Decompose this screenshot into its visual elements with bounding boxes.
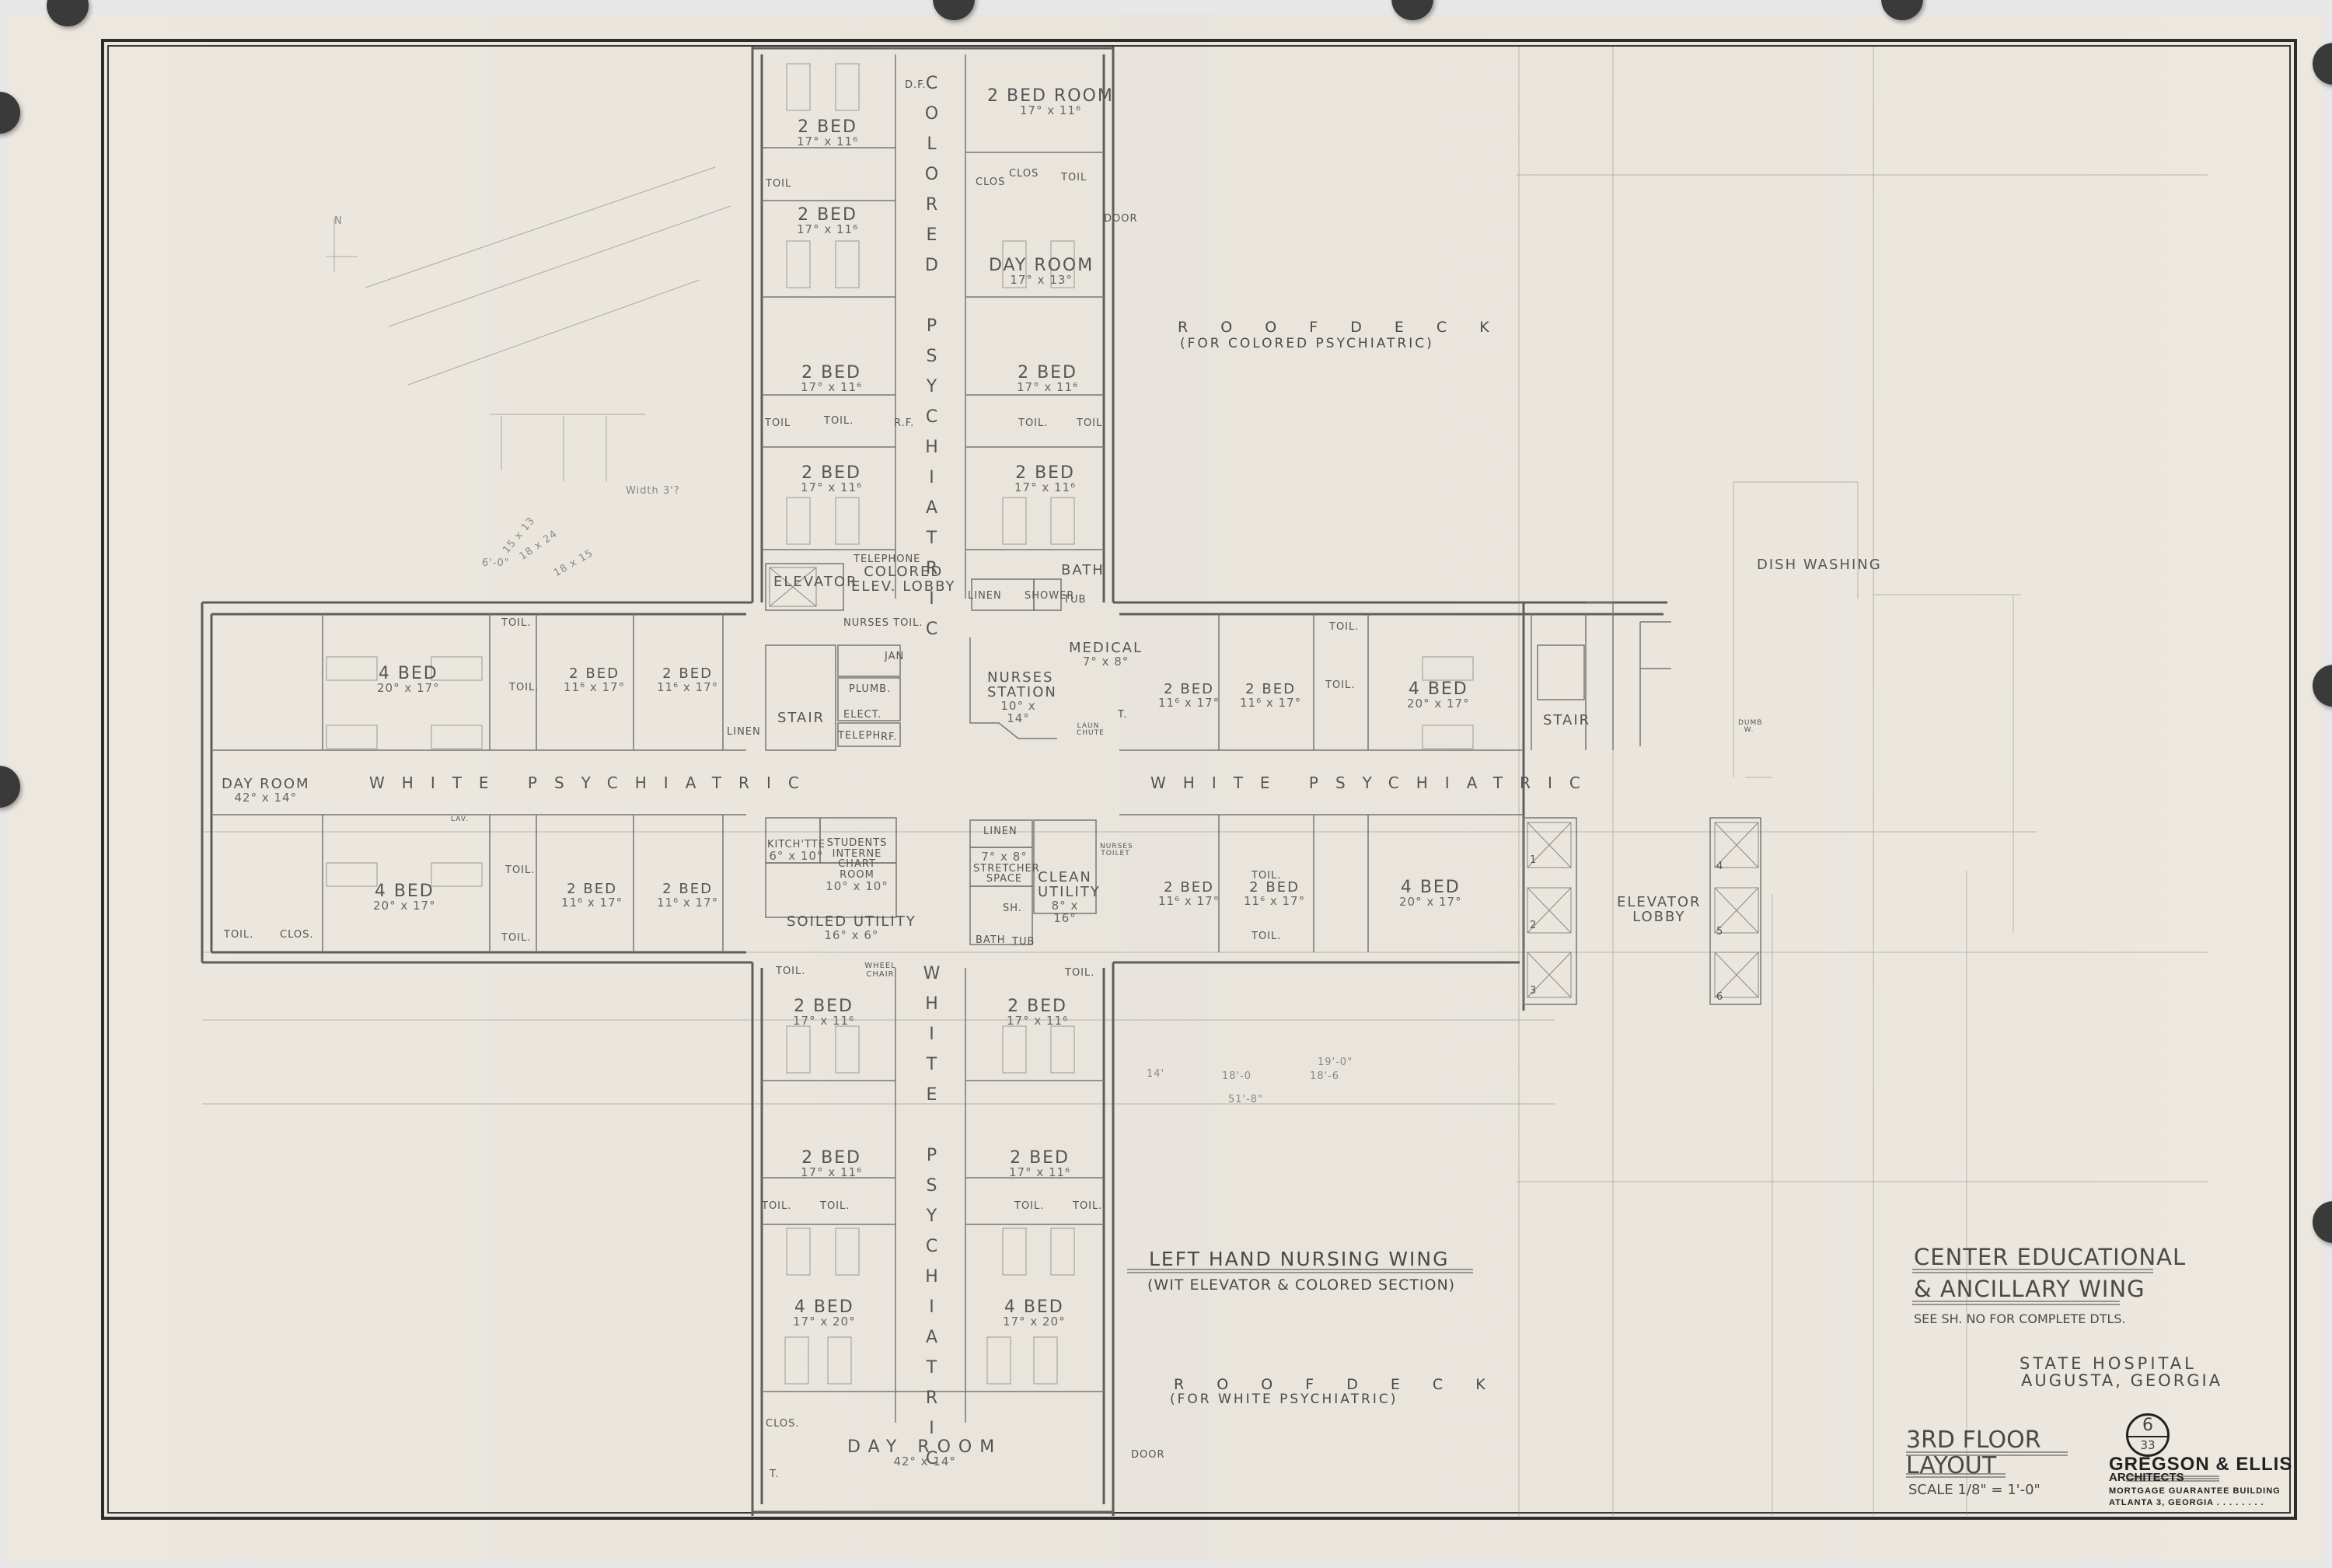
label-stretcher-space: 7° x 8°STRETCHER SPACE bbox=[973, 851, 1035, 885]
label-toilet: TOIL. bbox=[1065, 968, 1094, 979]
room-label: 2 BED17° x 11⁶ bbox=[1017, 364, 1078, 394]
label-rf: RF. bbox=[881, 732, 898, 743]
label-toilet: TOIL. bbox=[1014, 1201, 1044, 1212]
dimension: 19'-0" bbox=[1318, 1057, 1353, 1068]
sheet-title-floor: 3RD FLOOR bbox=[1906, 1427, 2041, 1454]
elevator-number: 5 bbox=[1716, 927, 1723, 938]
label-dumb-waiter: DUMB W. bbox=[1738, 720, 1760, 735]
label-chart-room: STUDENTS INTERNE CHART ROOM10° x 10° bbox=[824, 838, 890, 892]
label-toilet: T. bbox=[770, 1469, 780, 1480]
room-label: 2 BED11⁶ x 17° bbox=[1240, 683, 1301, 710]
room-label-day-room: DAY ROOM42° x 14° bbox=[847, 1438, 1002, 1468]
label-toilet: TOIL. bbox=[501, 618, 531, 629]
architect-address-1: MORTGAGE GUARANTEE BUILDING bbox=[2109, 1486, 2281, 1496]
room-label: 4 BED17° x 20° bbox=[1003, 1298, 1066, 1329]
dimension: 51'-8" bbox=[1228, 1095, 1263, 1105]
room-label: 2 BED17° x 11⁶ bbox=[1007, 997, 1068, 1028]
label-bath: BATH bbox=[976, 935, 1006, 946]
room-label: 2 BED ROOM17° x 11⁶ bbox=[987, 87, 1114, 117]
room-label: 4 BED20° x 17° bbox=[377, 665, 440, 695]
label-stair: STAIR bbox=[1543, 714, 1590, 728]
label-toilet: T. bbox=[1118, 710, 1128, 721]
label-toilet: TOIL. bbox=[1252, 871, 1281, 882]
label-dish-washing: DISH WASHING bbox=[1757, 558, 1882, 573]
elevator-number: 6 bbox=[1716, 992, 1723, 1003]
room-label: 2 BED11⁶ x 17° bbox=[657, 667, 718, 694]
label-toilet: TOIL. bbox=[224, 930, 253, 941]
label-elevator-lobby: ELEVATORLOBBY bbox=[1617, 896, 1702, 925]
label-linen: LINEN bbox=[727, 727, 761, 738]
label-plumbing: PLUMB. bbox=[849, 684, 891, 695]
label-closet: CLOS. bbox=[280, 930, 313, 941]
label-toilet: TOIL bbox=[1077, 418, 1102, 429]
north-arrow-icon: N bbox=[334, 216, 343, 227]
center-wing-reference: SEE SH. NO FOR COMPLETE DTLS. bbox=[1914, 1311, 2126, 1326]
room-label: 2 BED17° x 11⁶ bbox=[797, 206, 858, 236]
label-closet: CLOS bbox=[976, 177, 1005, 188]
roof-deck-note-top-sub: (FOR COLORED PSYCHIATRIC) bbox=[1180, 336, 1434, 351]
label-nurses-toilet: NURSES TOILET bbox=[1100, 843, 1131, 858]
dimension: 18'-6 bbox=[1310, 1071, 1339, 1082]
label-nurses-station: NURSES STATION10° x 14° bbox=[987, 671, 1049, 725]
sheet-number: 6 bbox=[2128, 1416, 2167, 1437]
label-laundry-chute: LAUN CHUTE bbox=[1077, 723, 1100, 738]
sheet-number-badge: 6 33 bbox=[2126, 1413, 2170, 1457]
room-label: DAY ROOM17° x 13° bbox=[989, 257, 1094, 287]
label-toilet: TOIL. bbox=[824, 416, 854, 427]
label-drinking-fountain: D.F. bbox=[905, 80, 927, 91]
label-stair: STAIR bbox=[777, 711, 825, 726]
room-label: 2 BED17° x 11⁶ bbox=[793, 997, 854, 1028]
label-clean-utility: CLEAN UTILITY8° x 16° bbox=[1038, 871, 1092, 924]
label-door: DOOR bbox=[1104, 214, 1138, 225]
label-toilet: TOIL. bbox=[762, 1201, 791, 1212]
elevator-number: 3 bbox=[1530, 986, 1537, 997]
label-tub: TUB bbox=[1063, 595, 1086, 606]
label-door: DOOR bbox=[1131, 1450, 1165, 1461]
center-wing-title: CENTER EDUCATIONAL bbox=[1914, 1244, 2186, 1270]
corridor-label-west: WHITE PSYCHIATRIC bbox=[369, 774, 816, 792]
label-toilet: TOIL. bbox=[505, 865, 535, 876]
label-toilet: TOIL. bbox=[501, 933, 531, 944]
label-toilet: TOIL bbox=[766, 179, 791, 190]
label-toilet: TOIL. bbox=[776, 966, 805, 977]
project-name: STATE HOSPITAL bbox=[2020, 1354, 2197, 1373]
room-label: 4 BED20° x 17° bbox=[1407, 680, 1470, 711]
room-label: 4 BED20° x 17° bbox=[373, 882, 436, 913]
room-label: 2 BED17° x 11⁶ bbox=[1009, 1149, 1070, 1179]
room-label: 2 BED11⁶ x 17° bbox=[561, 882, 623, 910]
architect-role: ARCHITECTS bbox=[2109, 1471, 2184, 1484]
room-label: 2 BED11⁶ x 17° bbox=[657, 882, 718, 910]
corridor-label-east: WHITE PSYCHIATRIC bbox=[1150, 774, 1597, 792]
elevator-number: 1 bbox=[1530, 855, 1537, 866]
room-label: 2 BED17° x 11⁶ bbox=[797, 118, 858, 148]
label-toilet: TOIL. bbox=[1329, 622, 1359, 633]
room-label: 2 BED11⁶ x 17° bbox=[1158, 881, 1220, 908]
room-label: 2 BED17° x 11⁶ bbox=[801, 364, 862, 394]
sketch-dimension: 6'-0" bbox=[482, 558, 510, 569]
sheet-title-layout: LAYOUT bbox=[1906, 1452, 1996, 1479]
corridor-label-south: WHITE PSYCHIATRIC bbox=[922, 964, 941, 1479]
room-label: 4 BED20° x 17° bbox=[1399, 878, 1462, 909]
label-closet: CLOS bbox=[1009, 169, 1039, 180]
elevator-number: 2 bbox=[1530, 920, 1537, 931]
dimension: 14' bbox=[1147, 1069, 1164, 1080]
sheet-total: 33 bbox=[2128, 1437, 2167, 1453]
label-medical: MEDICAL7° x 8° bbox=[1069, 641, 1143, 669]
label-telephone-closet: TELEPH. bbox=[838, 731, 885, 742]
label-toilet: TOIL bbox=[1061, 173, 1087, 183]
roof-deck-note-bottom: R O O F D E C K bbox=[1174, 1376, 1499, 1393]
room-label: 2 BED17° x 11⁶ bbox=[801, 464, 862, 494]
interior-partitions bbox=[211, 54, 1761, 1423]
project-location: AUGUSTA, GEORGIA bbox=[2021, 1371, 2222, 1390]
label-lavatory: LAV. bbox=[451, 816, 469, 823]
sketch-note: Width 3'? bbox=[626, 486, 680, 497]
label-toilet: TOIL. bbox=[1018, 418, 1048, 429]
label-shower: SH. bbox=[1003, 903, 1022, 914]
left-wing-subtitle: (WIT ELEVATOR & COLORED SECTION) bbox=[1147, 1276, 1455, 1294]
architect-address-2: ATLANTA 3, GEORGIA . . . . . . . . bbox=[2109, 1498, 2264, 1507]
label-toilet: TOIL. bbox=[509, 683, 539, 693]
label-wheel-chair: WHEEL CHAIR bbox=[863, 962, 898, 979]
room-label: 2 BED17° x 11⁶ bbox=[801, 1149, 862, 1179]
room-label: 2 BED17° x 11⁶ bbox=[1014, 464, 1076, 494]
faint-sketch bbox=[326, 167, 731, 482]
room-label: 2 BED11⁶ x 17° bbox=[1244, 881, 1305, 908]
roof-deck-note-bottom-sub: (FOR WHITE PSYCHIATRIC) bbox=[1170, 1392, 1398, 1407]
room-label-day-room: DAY ROOM42° x 14° bbox=[222, 777, 310, 805]
label-bath: BATH bbox=[1061, 564, 1105, 578]
label-colored-elev-lobby: COLOREDELEV. LOBBY bbox=[851, 565, 955, 595]
label-janitor: JAN bbox=[885, 651, 904, 662]
roof-deck-note-top: R O O F D E C K bbox=[1178, 319, 1503, 336]
dimension: 18'-0 bbox=[1222, 1071, 1252, 1082]
scale-note: SCALE 1/8" = 1'-0" bbox=[1908, 1482, 2040, 1498]
label-toilet: TOIL bbox=[765, 418, 791, 429]
label-closet: CLOS. bbox=[766, 1419, 799, 1430]
label-toilet: TOIL. bbox=[820, 1201, 850, 1212]
label-tub: TUB bbox=[1012, 937, 1035, 948]
left-wing-title: LEFT HAND NURSING WING bbox=[1149, 1248, 1449, 1270]
label-linen: LINEN bbox=[968, 591, 1002, 602]
label-soiled-utility: SOILED UTILITY16° x 6° bbox=[787, 915, 916, 942]
label-toilet: TOIL. bbox=[1325, 680, 1355, 691]
label-elevator: ELEVATOR bbox=[773, 575, 858, 590]
room-label: 4 BED17° x 20° bbox=[793, 1298, 856, 1329]
label-toilet: TOIL. bbox=[1252, 931, 1281, 942]
label-kitchenette: KITCH'TTE6° x 10° bbox=[767, 840, 826, 862]
center-wing-title-2: & ANCILLARY WING bbox=[1914, 1276, 2145, 1302]
label-toilet: TOIL. bbox=[1073, 1201, 1102, 1212]
label-linen: LINEN bbox=[983, 826, 1018, 837]
elevator-number: 4 bbox=[1716, 861, 1723, 872]
label-nurses-toilet: NURSES TOIL. bbox=[843, 618, 923, 629]
room-label: 2 BED11⁶ x 17° bbox=[564, 667, 625, 694]
label-electrical: ELECT. bbox=[843, 710, 881, 721]
label-refrigerator: R.F. bbox=[894, 418, 914, 429]
room-label: 2 BED11⁶ x 17° bbox=[1158, 683, 1220, 710]
